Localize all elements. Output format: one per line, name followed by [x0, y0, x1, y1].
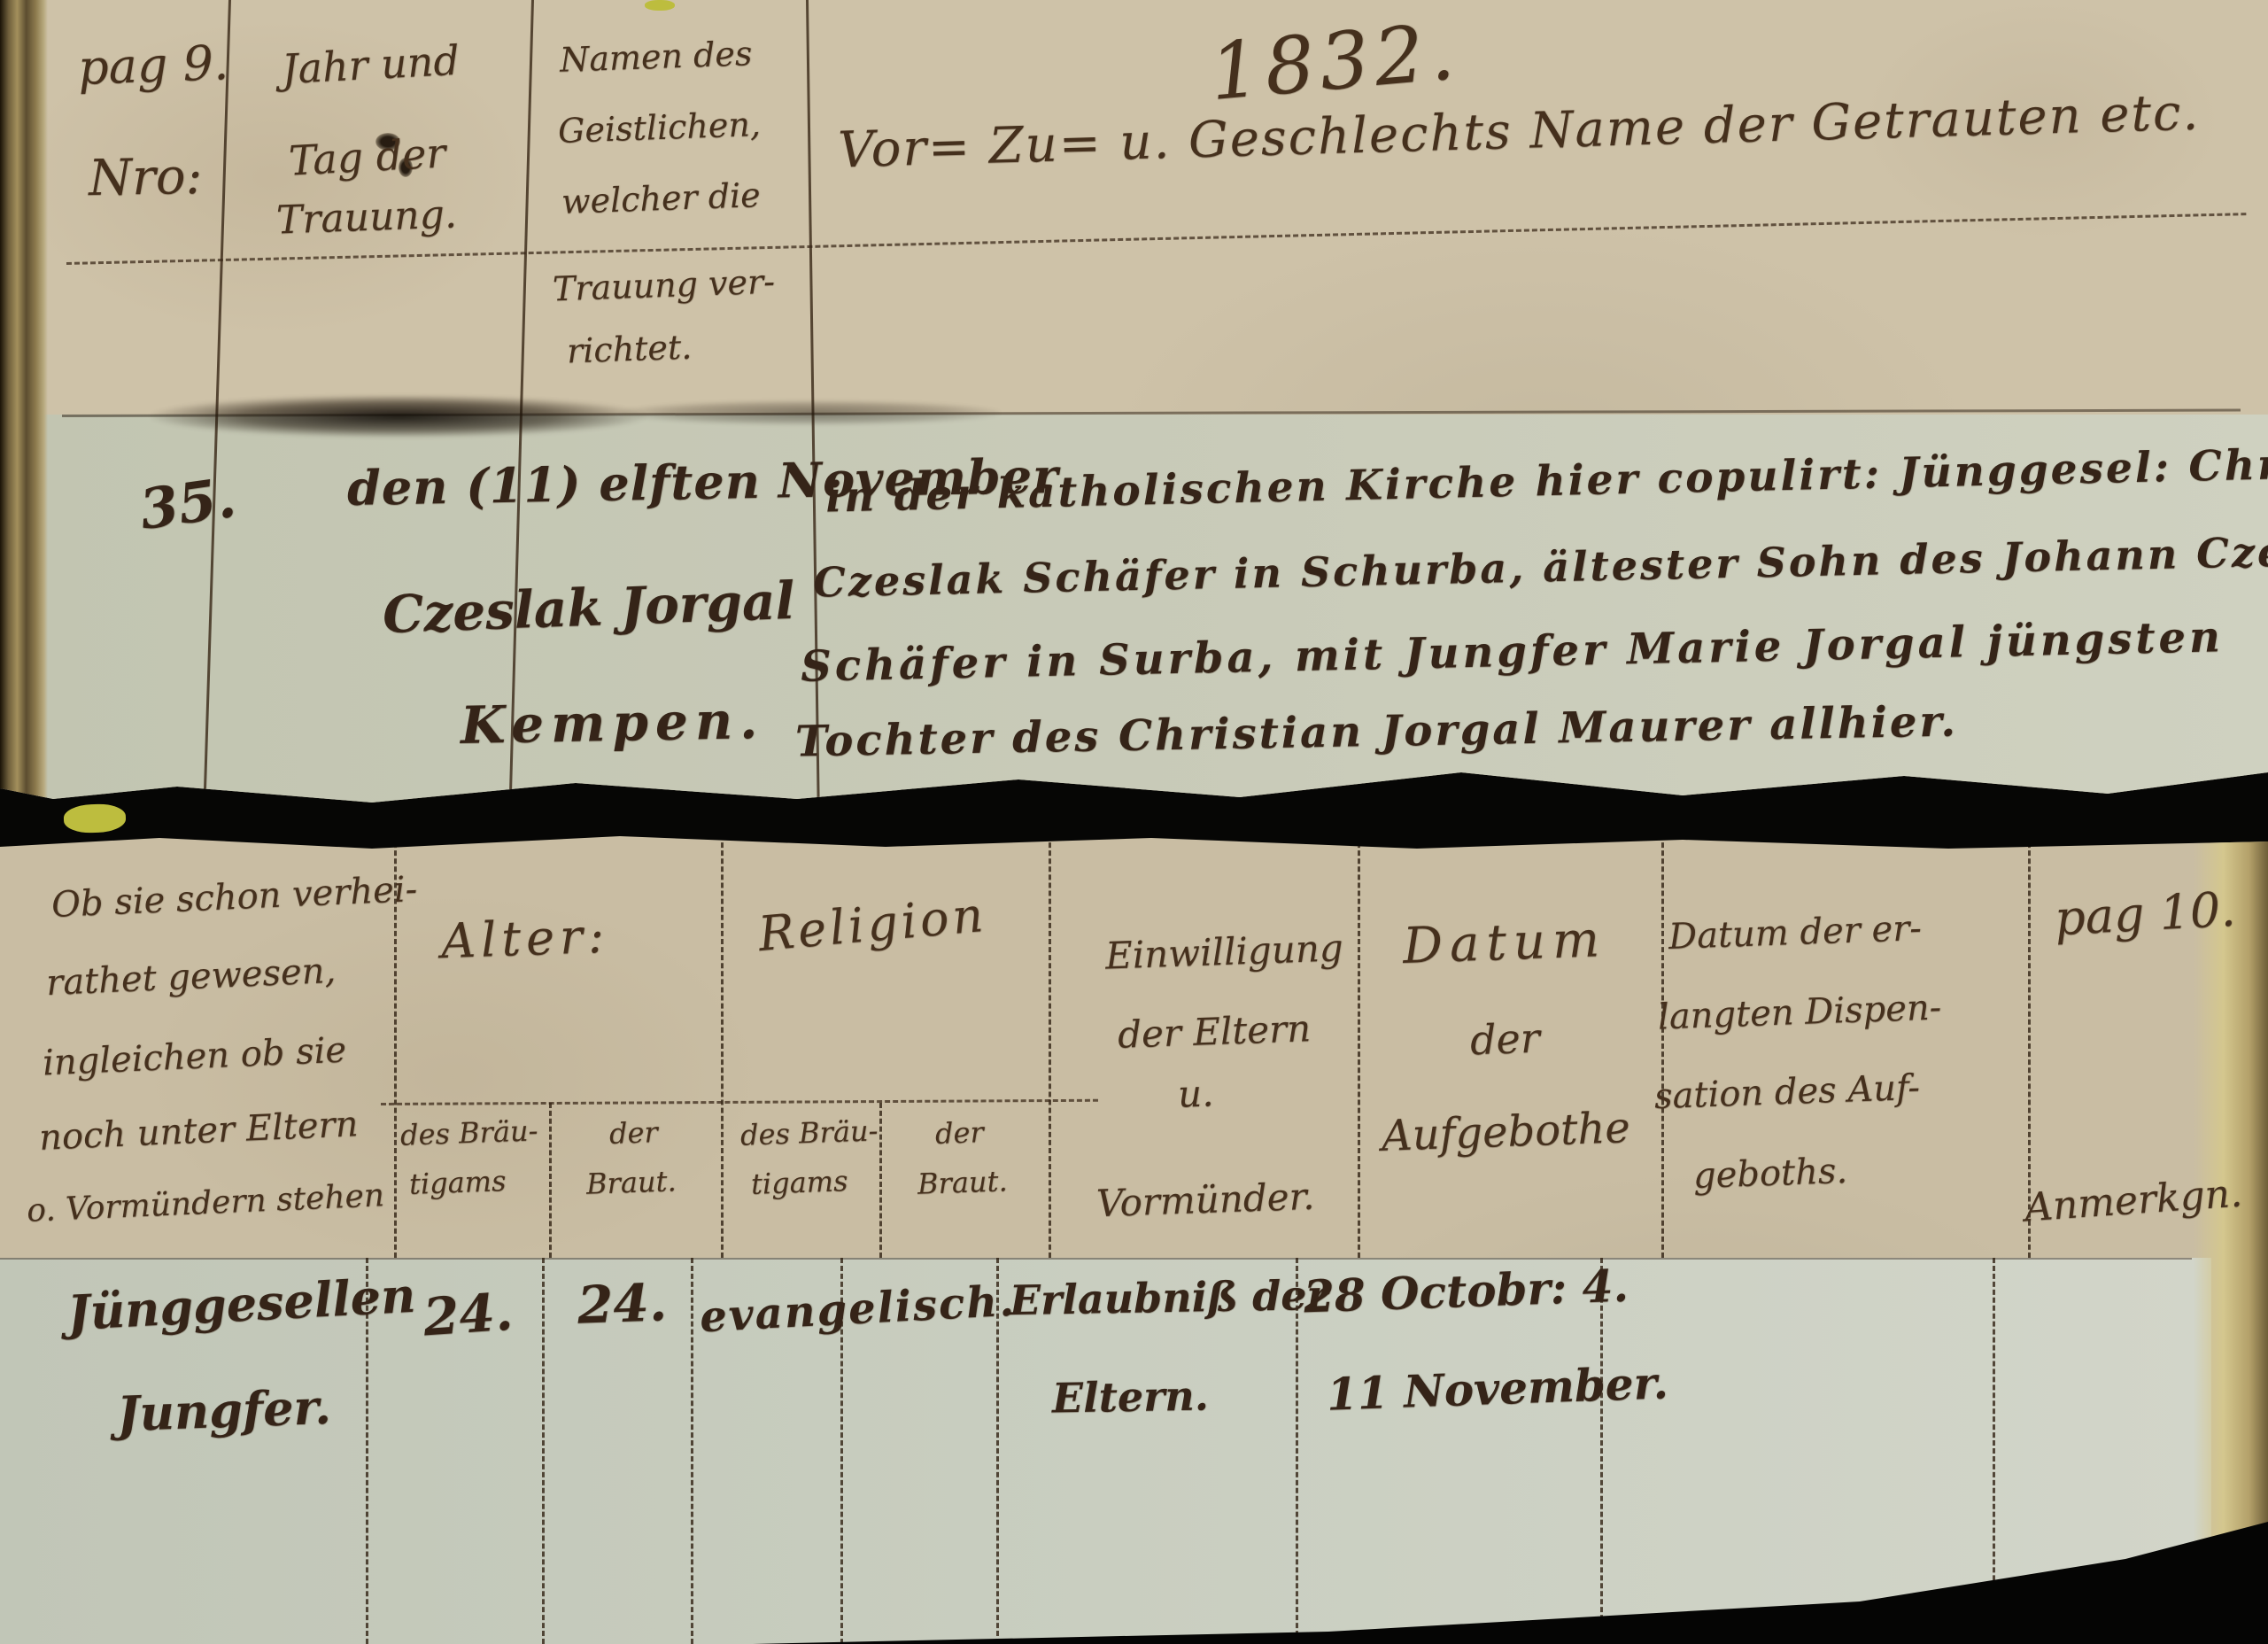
- consent-column-header-line: der Eltern: [1117, 1006, 1312, 1057]
- date-column-header-line: Tag der: [288, 128, 447, 184]
- status-column-header-line: ingleichen ob sie: [42, 1030, 347, 1084]
- page10-sheet: Ob sie schon verhei- rathet gewesen, ing…: [0, 834, 2268, 1644]
- consent-column-header-line: Einwilligung: [1104, 926, 1343, 977]
- status-column-header-line: rathet gewesen,: [45, 950, 337, 1004]
- entry-consent-line: Eltern.: [1052, 1371, 1210, 1422]
- entry-age-groom: 24.: [422, 1282, 515, 1348]
- dispensation-column-header-line: sation des Auf-: [1653, 1067, 1920, 1117]
- column-rule: [549, 1103, 552, 1258]
- column-rule: [1600, 1258, 1603, 1644]
- age-groom-subheader-line: des Bräu-: [399, 1113, 538, 1152]
- names-column-header: Vor= Zu= u. Geschlechts Name der Getraut…: [837, 84, 2201, 180]
- paper-sliver: [645, 0, 675, 11]
- dispensation-column-header-line: geboths.: [1692, 1151, 1848, 1197]
- age-groom-subheader-line: tigams: [408, 1164, 507, 1201]
- religion-bride-subheader-line: Braut.: [917, 1164, 1008, 1201]
- status-column-header-line: noch unter Eltern: [38, 1104, 359, 1159]
- page9-sheet: pag 9. Nro: Jahr und Tag der Trauung. Na…: [0, 0, 2268, 806]
- page-number-label: pag 9.: [77, 35, 229, 96]
- banns-column-header-line: Aufgebothe: [1381, 1103, 1631, 1161]
- entry-age-bride: 24.: [577, 1272, 668, 1335]
- column-rule: [1358, 834, 1360, 1258]
- religion-groom-subheader-line: des Bräu-: [739, 1113, 879, 1152]
- banns-column-header-line: der: [1469, 1014, 1541, 1065]
- entry-number: 35.: [135, 465, 239, 542]
- year-heading: 1832.: [1206, 5, 1463, 118]
- ink-smudge: [151, 395, 646, 438]
- age-bride-subheader-line: Braut.: [585, 1164, 677, 1201]
- date-column-header-line: Jahr und: [281, 36, 461, 93]
- dispensation-column-header-line: langten Dispen-: [1657, 987, 1942, 1037]
- book-spine-edge: [0, 0, 48, 806]
- paper-sliver: [63, 803, 126, 834]
- column-rule: [879, 1103, 882, 1258]
- page-number-label: pag 10.: [2053, 881, 2236, 947]
- banns-column-header-line: Datum: [1402, 911, 1607, 975]
- ink-smudge: [620, 400, 1001, 425]
- entry-clergy-line: Kempen.: [460, 690, 764, 756]
- clergy-column-header-line: Geistlichen,: [557, 105, 761, 151]
- column-rule: [1661, 834, 1664, 1258]
- column-rule: [542, 1258, 545, 1644]
- status-column-header-line: o. Vormündern stehen: [26, 1177, 385, 1229]
- status-column-header-line: Ob sie schon verhei-: [50, 869, 418, 926]
- column-rule: [1049, 834, 1051, 1258]
- consent-column-header-line: Vormünder.: [1095, 1175, 1315, 1226]
- seam-rule: [0, 1258, 2192, 1260]
- book-fore-edge: [2194, 834, 2268, 1644]
- clergy-column-header-line: Trauung ver-: [552, 262, 775, 309]
- column-rule: [721, 834, 724, 1258]
- entry-status-line: Jungfer.: [116, 1378, 332, 1442]
- subheader-rule: [381, 1099, 1098, 1105]
- religion-groom-subheader-line: tigams: [750, 1164, 848, 1201]
- clergy-column-header-line: welcher die: [561, 175, 761, 221]
- age-bride-subheader-line: der: [608, 1115, 658, 1151]
- date-column-header-line: Trauung.: [275, 191, 457, 243]
- religion-column-header: Religion: [756, 887, 989, 962]
- register-scan: pag 9. Nro: Jahr und Tag der Trauung. Na…: [0, 0, 2268, 1644]
- age-column-header: Alter:: [440, 908, 610, 970]
- religion-bride-subheader-line: der: [934, 1115, 984, 1151]
- column-rule: [691, 1258, 693, 1644]
- clergy-column-header-line: richtet.: [566, 328, 693, 371]
- entry-consent-line: Erlaubniß der: [1010, 1271, 1329, 1324]
- dispensation-column-header-line: Datum der er-: [1668, 908, 1922, 958]
- consent-column-header-line: u.: [1177, 1071, 1214, 1115]
- nro-column-label: Nro:: [88, 148, 202, 207]
- clergy-column-header-line: Namen des: [559, 34, 753, 80]
